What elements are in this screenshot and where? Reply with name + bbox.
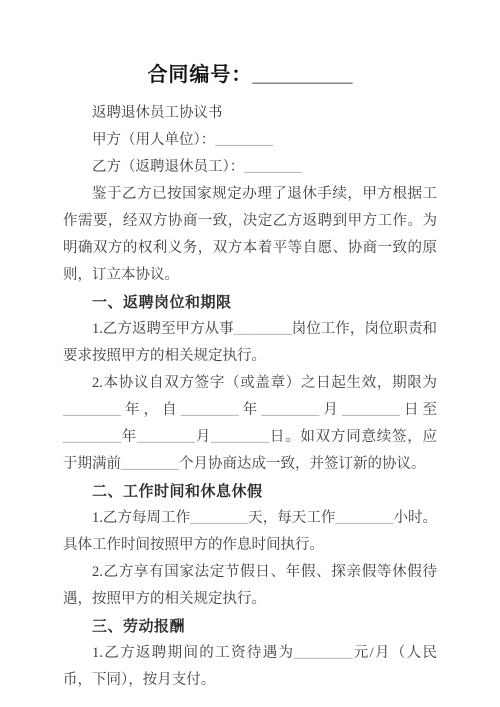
fill-in-blank: _________ [252, 64, 352, 86]
contract-number-heading: 合同编号：_________ [63, 60, 437, 90]
section-2-clause-1: 1.乙方每周工作________天，每天工作________小时。具体工作时间按… [63, 505, 437, 559]
fill-in-blank: ________ [335, 510, 393, 526]
party-b-line: 乙方（返聘退休员工）：________ [63, 154, 437, 181]
fill-in-blank: ________ [121, 456, 179, 472]
section-2-clause-2: 2.乙方享有国家法定节假日、年假、探亲假等休假待遇，按照甲方的相关规定执行。 [63, 559, 437, 613]
fill-in-blank: ________ [181, 402, 239, 418]
fill-in-blank: ________ [244, 159, 302, 175]
fill-in-blank: ________ [342, 402, 400, 418]
section-2-heading: 二、工作时间和休息休假 [63, 478, 437, 505]
section-1-heading: 一、返聘岗位和期限 [63, 289, 437, 316]
document-title: 返聘退休员工协议书 [63, 100, 437, 127]
section-1-clause-1: 1.乙方返聘至甲方从事________岗位工作，岗位职责和要求按照甲方的相关规定… [63, 316, 437, 370]
fill-in-blank: ________ [234, 321, 292, 337]
section-3-clause-1: 1.乙方返聘期间的工资待遇为________元/月（人民币，下同），按月支付。 [63, 640, 437, 694]
preamble-paragraph: 鉴于乙方已按国家规定办理了退休手续，甲方根据工作需要，经双方协商一致，决定乙方返… [63, 181, 437, 289]
section-1-clause-2: 2.本协议自双方签字（或盖章）之日起生效，期限为________年，自_____… [63, 370, 437, 478]
party-a-line: 甲方（用人单位）：________ [63, 127, 437, 154]
fill-in-blank: ________ [211, 429, 269, 445]
contract-document-page: 合同编号：_________ 返聘退休员工协议书 甲方（用人单位）：______… [0, 0, 500, 707]
fill-in-blank: ________ [294, 645, 352, 661]
fill-in-blank: ________ [190, 510, 248, 526]
contract-body: 返聘退休员工协议书 甲方（用人单位）：________ 乙方（返聘退休员工）：_… [63, 100, 437, 694]
fill-in-blank: ________ [63, 402, 121, 418]
fill-in-blank: ________ [63, 429, 121, 445]
fill-in-blank: ________ [137, 429, 195, 445]
section-3-heading: 三、劳动报酬 [63, 613, 437, 640]
fill-in-blank: ________ [215, 132, 273, 148]
fill-in-blank: ________ [261, 402, 319, 418]
